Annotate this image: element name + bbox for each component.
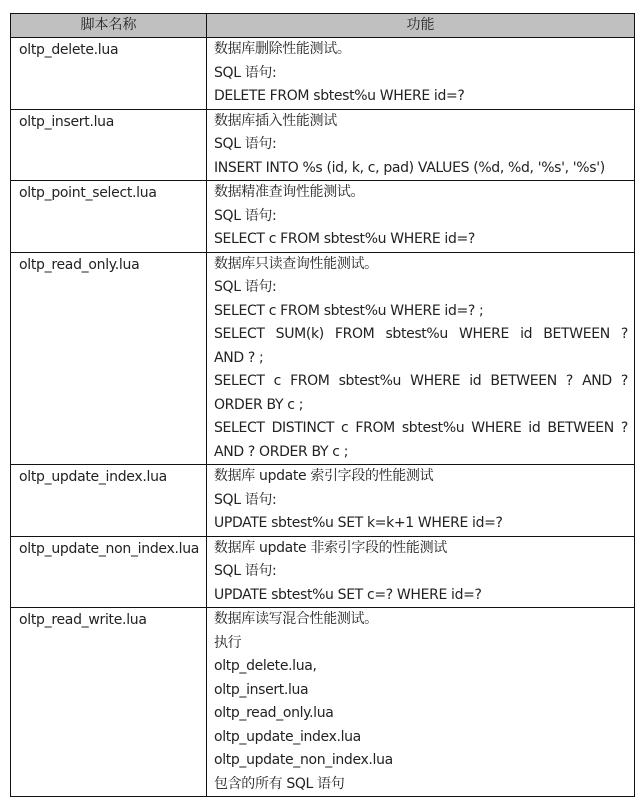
description-line: 数据库 update 索引字段的性能测试 [214, 465, 628, 489]
script-name-cell: oltp_update_non_index.lua [11, 536, 207, 608]
description-line: SQL 语句: [214, 205, 628, 229]
description-line: oltp_read_only.lua [214, 702, 628, 726]
header-function: 功能 [207, 14, 635, 38]
description-line: UPDATE sbtest%u SET k=k+1 WHERE id=? [214, 512, 628, 536]
description-line: SQL 语句: [214, 133, 628, 157]
description-line: 包含的所有 SQL 语句 [214, 773, 628, 797]
table-row: oltp_read_write.lua数据库读写混合性能测试。执行oltp_de… [11, 608, 635, 797]
table-body: oltp_delete.lua数据库删除性能测试。SQL 语句:DELETE F… [11, 38, 635, 797]
description-line: 数据库删除性能测试。 [214, 38, 628, 62]
description-line: 数据库插入性能测试 [214, 110, 628, 134]
table-row: oltp_update_index.lua数据库 update 索引字段的性能测… [11, 465, 635, 537]
description-line: SELECT DISTINCT c FROM sbtest%u WHERE id… [214, 417, 628, 441]
script-name-cell: oltp_read_write.lua [11, 608, 207, 797]
function-description-cell: 数据库 update 非索引字段的性能测试SQL 语句:UPDATE sbtes… [207, 536, 635, 608]
description-line: 数据库读写混合性能测试。 [214, 608, 628, 632]
script-name-cell: oltp_update_index.lua [11, 465, 207, 537]
description-line: oltp_delete.lua, [214, 655, 628, 679]
description-line: SELECT c FROM sbtest%u WHERE id BETWEEN … [214, 370, 628, 394]
function-description-cell: 数据库删除性能测试。SQL 语句:DELETE FROM sbtest%u WH… [207, 38, 635, 110]
description-line: SQL 语句: [214, 62, 628, 86]
description-line: SELECT c FROM sbtest%u WHERE id=? ; [214, 300, 628, 324]
function-description-cell: 数据精准查询性能测试。SQL 语句:SELECT c FROM sbtest%u… [207, 181, 635, 253]
description-line: 数据精准查询性能测试。 [214, 181, 628, 205]
script-name-cell: oltp_delete.lua [11, 38, 207, 110]
header-row: 脚本名称 功能 [11, 14, 635, 38]
script-name-cell: oltp_read_only.lua [11, 252, 207, 465]
sysbench-scripts-table: 脚本名称 功能 oltp_delete.lua数据库删除性能测试。SQL 语句:… [10, 13, 635, 797]
function-description-cell: 数据库插入性能测试SQL 语句:INSERT INTO %s (id, k, c… [207, 109, 635, 181]
description-line: INSERT INTO %s (id, k, c, pad) VALUES (%… [214, 157, 628, 181]
description-line: UPDATE sbtest%u SET c=? WHERE id=? [214, 584, 628, 608]
description-line: oltp_update_non_index.lua [214, 749, 628, 773]
table-row: oltp_point_select.lua数据精准查询性能测试。SQL 语句:S… [11, 181, 635, 253]
function-description-cell: 数据库只读查询性能测试。SQL 语句:SELECT c FROM sbtest%… [207, 252, 635, 465]
description-line: 数据库只读查询性能测试。 [214, 253, 628, 277]
description-line: AND ? ORDER BY c ; [214, 441, 628, 465]
description-line: oltp_update_index.lua [214, 726, 628, 750]
table-row: oltp_delete.lua数据库删除性能测试。SQL 语句:DELETE F… [11, 38, 635, 110]
script-name-cell: oltp_point_select.lua [11, 181, 207, 253]
description-line: SELECT SUM(k) FROM sbtest%u WHERE id BET… [214, 323, 628, 347]
table-row: oltp_read_only.lua数据库只读查询性能测试。SQL 语句:SEL… [11, 252, 635, 465]
description-line: 数据库 update 非索引字段的性能测试 [214, 537, 628, 561]
function-description-cell: 数据库 update 索引字段的性能测试SQL 语句:UPDATE sbtest… [207, 465, 635, 537]
description-line: SELECT c FROM sbtest%u WHERE id=? [214, 228, 628, 252]
header-script-name: 脚本名称 [11, 14, 207, 38]
function-description-cell: 数据库读写混合性能测试。执行oltp_delete.lua,oltp_inser… [207, 608, 635, 797]
description-line: SQL 语句: [214, 489, 628, 513]
description-line: oltp_insert.lua [214, 679, 628, 703]
table-row: oltp_update_non_index.lua数据库 update 非索引字… [11, 536, 635, 608]
script-name-cell: oltp_insert.lua [11, 109, 207, 181]
description-line: AND ? ; [214, 347, 628, 371]
description-line: DELETE FROM sbtest%u WHERE id=? [214, 85, 628, 109]
description-line: 执行 [214, 632, 628, 656]
description-line: ORDER BY c ; [214, 394, 628, 418]
table-row: oltp_insert.lua数据库插入性能测试SQL 语句:INSERT IN… [11, 109, 635, 181]
description-line: SQL 语句: [214, 560, 628, 584]
description-line: SQL 语句: [214, 276, 628, 300]
